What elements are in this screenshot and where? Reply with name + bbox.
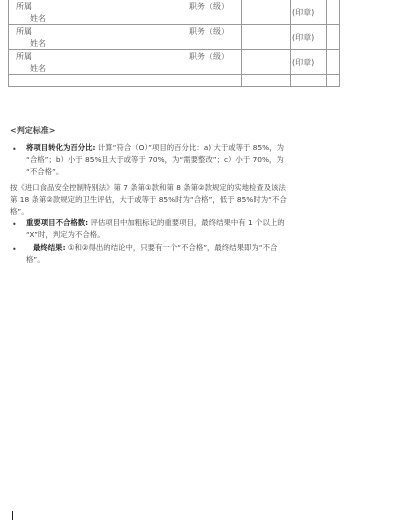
seal-label: (印章) (292, 32, 314, 43)
criteria-item-final: 最终结果: ①和②得出的结论中，只要有一个“不合格”，最终结果即为“不合 (33, 242, 277, 254)
seal-label: (印章) (292, 57, 314, 68)
position-label: 职务（级） (189, 1, 229, 12)
text-line: 计算“符合（O）”项目的百分比：a) 大于或等于 85%，为 (95, 143, 283, 152)
affiliation-label: 所属 (16, 1, 32, 12)
bullet-icon: • (12, 220, 17, 229)
criteria-item-percentage: 将项目转化为百分比: 计算“符合（O）”项目的百分比：a) 大于或等于 85%，… (26, 142, 284, 154)
affiliation-label: 所属 (16, 26, 32, 37)
seal-label: (印章) (292, 7, 314, 18)
text-line: 按《进口食品安全控制特别法》第 7 条第①款和第 8 条第②款规定的实地检查及该… (10, 182, 286, 194)
bold-term: 最终结果: (33, 243, 66, 252)
text-line: “合格”；b）小于 85%且大于或等于 70%，为“需要整改”；c）小于 70%… (26, 154, 284, 166)
position-label: 职务（级） (189, 26, 229, 37)
affiliation-label: 所属 (16, 51, 32, 62)
column-divider (326, 0, 327, 86)
bullet-icon: • (12, 145, 17, 154)
bold-term: 重要项目不合格数: (26, 218, 88, 227)
name-label: 姓名 (30, 13, 46, 24)
text-line: “X”时，判定为不合格。 (26, 229, 105, 241)
criteria-item-important: 重要项目不合格数: 评估项目中加粗标记的重要项目，最终结果中有 1 个以上的 (26, 217, 285, 229)
criteria-heading: <判定标准> (10, 125, 55, 136)
column-divider (290, 0, 291, 86)
position-label: 职务（级） (189, 51, 229, 62)
bullet-icon: • (12, 245, 17, 254)
signature-table: 所属 姓名 职务（级） (印章) 所属 姓名 职务（级） (印章) 所属 姓名 … (8, 0, 340, 87)
bold-term: 将项目转化为百分比: (26, 143, 95, 152)
name-label: 姓名 (30, 38, 46, 49)
text-line: 评估项目中加粗标记的重要项目，最终结果中有 1 个以上的 (88, 218, 285, 227)
text-line: “不合格”。 (26, 166, 63, 178)
text-line: ①和②得出的结论中，只要有一个“不合格”，最终结果即为“不合 (66, 243, 278, 252)
text-cursor (12, 511, 13, 520)
text-line: 第 18 条第②款规定的卫生评估，大于或等于 85%时为“合格”，低于 85%时… (10, 194, 287, 206)
name-label: 姓名 (30, 63, 46, 74)
column-divider (241, 0, 242, 86)
text-line: 格”。 (26, 254, 45, 266)
